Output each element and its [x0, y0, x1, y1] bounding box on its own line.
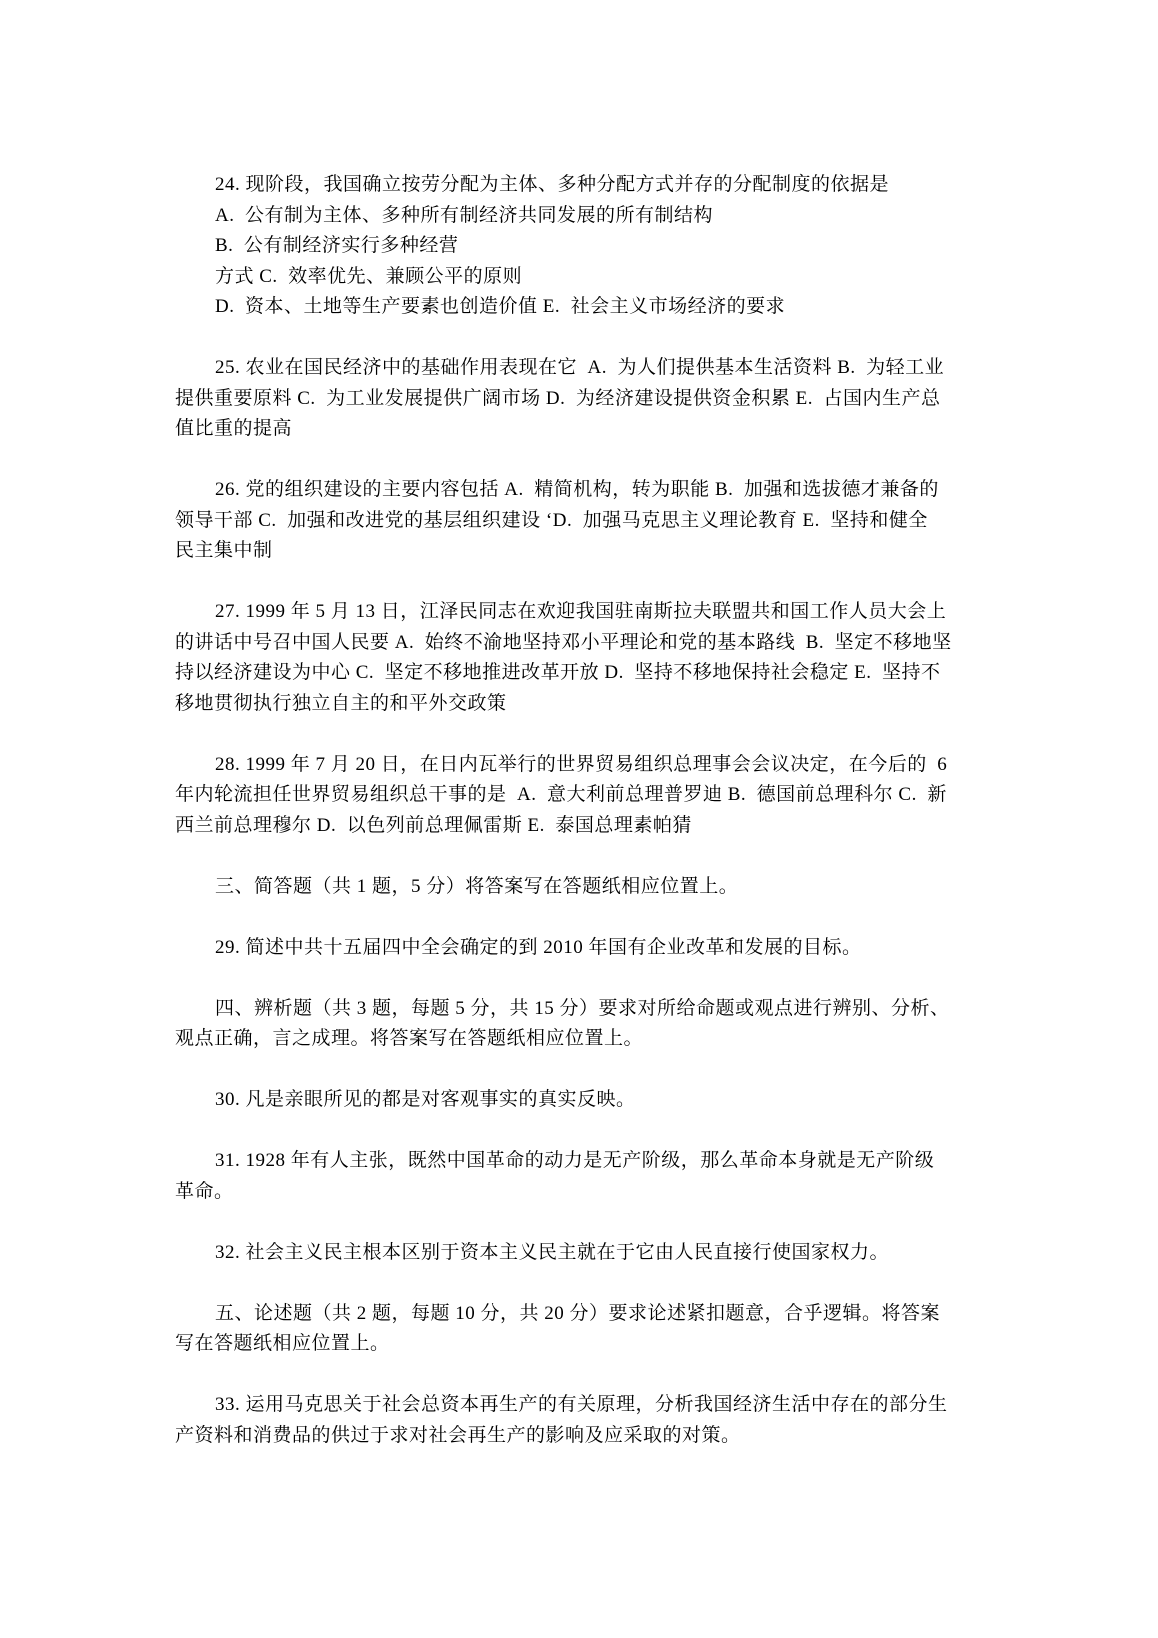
- text-line: 25. 农业在国民经济中的基础作用表现在它 A. 为人们提供基本生活资料 B. …: [175, 353, 987, 384]
- question-31: 31. 1928 年有人主张，既然中国革命的动力是无产阶级，那么革命本身就是无产…: [175, 1146, 987, 1207]
- text-line: 观点正确，言之成理。将答案写在答题纸相应位置上。: [175, 1024, 987, 1055]
- text-line: 32. 社会主义民主根本区别于资本主义民主就在于它由人民直接行使国家权力。: [175, 1238, 987, 1269]
- text-line: 领导干部 C. 加强和改进党的基层组织建设 ‘D. 加强马克思主义理论教育 E.…: [175, 506, 987, 537]
- text-line: 26. 党的组织建设的主要内容包括 A. 精简机构，转为职能 B. 加强和选拔德…: [175, 475, 987, 506]
- text-line: 提供重要原料 C. 为工业发展提供广阔市场 D. 为经济建设提供资金积累 E. …: [175, 384, 987, 415]
- section-header-bianxi: 四、辨析题（共 3 题，每题 5 分，共 15 分）要求对所给命题或观点进行辨别…: [175, 994, 987, 1055]
- text-line: 24. 现阶段，我国确立按劳分配为主体、多种分配方式并存的分配制度的依据是: [175, 170, 987, 201]
- option-line-b: B. 公有制经济实行多种经营: [175, 231, 987, 262]
- text-line: 革命。: [175, 1177, 987, 1208]
- document-page: 24. 现阶段，我国确立按劳分配为主体、多种分配方式并存的分配制度的依据是 A.…: [0, 0, 1158, 1638]
- question-25: 25. 农业在国民经济中的基础作用表现在它 A. 为人们提供基本生活资料 B. …: [175, 353, 987, 445]
- text-line: 28. 1999 年 7 月 20 日，在日内瓦举行的世界贸易组织总理事会会议决…: [175, 750, 987, 781]
- section-header-lunshu: 五、论述题（共 2 题，每题 10 分，共 20 分）要求论述紧扣题意，合乎逻辑…: [175, 1299, 987, 1360]
- document-content: 24. 现阶段，我国确立按劳分配为主体、多种分配方式并存的分配制度的依据是 A.…: [175, 170, 987, 1482]
- question-24: 24. 现阶段，我国确立按劳分配为主体、多种分配方式并存的分配制度的依据是 A.…: [175, 170, 987, 323]
- text-line: 的讲话中号召中国人民要 A. 始终不渝地坚持邓小平理论和党的基本路线 B. 坚定…: [175, 628, 987, 659]
- text-line: 31. 1928 年有人主张，既然中国革命的动力是无产阶级，那么革命本身就是无产…: [175, 1146, 987, 1177]
- text-line: 27. 1999 年 5 月 13 日，江泽民同志在欢迎我国驻南斯拉夫联盟共和国…: [175, 597, 987, 628]
- question-28: 28. 1999 年 7 月 20 日，在日内瓦举行的世界贸易组织总理事会会议决…: [175, 750, 987, 842]
- text-line: 民主集中制: [175, 536, 987, 567]
- option-line-d-e: D. 资本、土地等生产要素也创造价值 E. 社会主义市场经济的要求: [175, 292, 987, 323]
- section-header-jianda: 三、简答题（共 1 题，5 分）将答案写在答题纸相应位置上。: [175, 872, 987, 903]
- text-line: 西兰前总理穆尔 D. 以色列前总理佩雷斯 E. 泰国总理素帕猜: [175, 811, 987, 842]
- text-line: 30. 凡是亲眼所见的都是对客观事实的真实反映。: [175, 1085, 987, 1116]
- text-line: 值比重的提高: [175, 414, 987, 445]
- option-line-a: A. 公有制为主体、多种所有制经济共同发展的所有制结构: [175, 201, 987, 232]
- text-line: 年内轮流担任世界贸易组织总干事的是 A. 意大利前总理普罗迪 B. 德国前总理科…: [175, 780, 987, 811]
- question-27: 27. 1999 年 5 月 13 日，江泽民同志在欢迎我国驻南斯拉夫联盟共和国…: [175, 597, 987, 719]
- question-33: 33. 运用马克思关于社会总资本再生产的有关原理，分析我国经济生活中存在的部分生…: [175, 1390, 987, 1451]
- option-line-c: 方式 C. 效率优先、兼顾公平的原则: [175, 262, 987, 293]
- question-29: 29. 简述中共十五届四中全会确定的到 2010 年国有企业改革和发展的目标。: [175, 933, 987, 964]
- section-title: 三、简答题（共 1 题，5 分）将答案写在答题纸相应位置上。: [175, 872, 987, 903]
- question-30: 30. 凡是亲眼所见的都是对客观事实的真实反映。: [175, 1085, 987, 1116]
- text-line: 33. 运用马克思关于社会总资本再生产的有关原理，分析我国经济生活中存在的部分生: [175, 1390, 987, 1421]
- text-line: 移地贯彻执行独立自主的和平外交政策: [175, 689, 987, 720]
- section-title: 四、辨析题（共 3 题，每题 5 分，共 15 分）要求对所给命题或观点进行辨别…: [175, 994, 987, 1025]
- text-line: 29. 简述中共十五届四中全会确定的到 2010 年国有企业改革和发展的目标。: [175, 933, 987, 964]
- question-32: 32. 社会主义民主根本区别于资本主义民主就在于它由人民直接行使国家权力。: [175, 1238, 987, 1269]
- section-title: 五、论述题（共 2 题，每题 10 分，共 20 分）要求论述紧扣题意，合乎逻辑…: [175, 1299, 987, 1330]
- question-26: 26. 党的组织建设的主要内容包括 A. 精简机构，转为职能 B. 加强和选拔德…: [175, 475, 987, 567]
- text-line: 持以经济建设为中心 C. 坚定不移地推进改革开放 D. 坚持不移地保持社会稳定 …: [175, 658, 987, 689]
- text-line: 写在答题纸相应位置上。: [175, 1329, 987, 1360]
- text-line: 产资料和消费品的供过于求对社会再生产的影响及应采取的对策。: [175, 1421, 987, 1452]
